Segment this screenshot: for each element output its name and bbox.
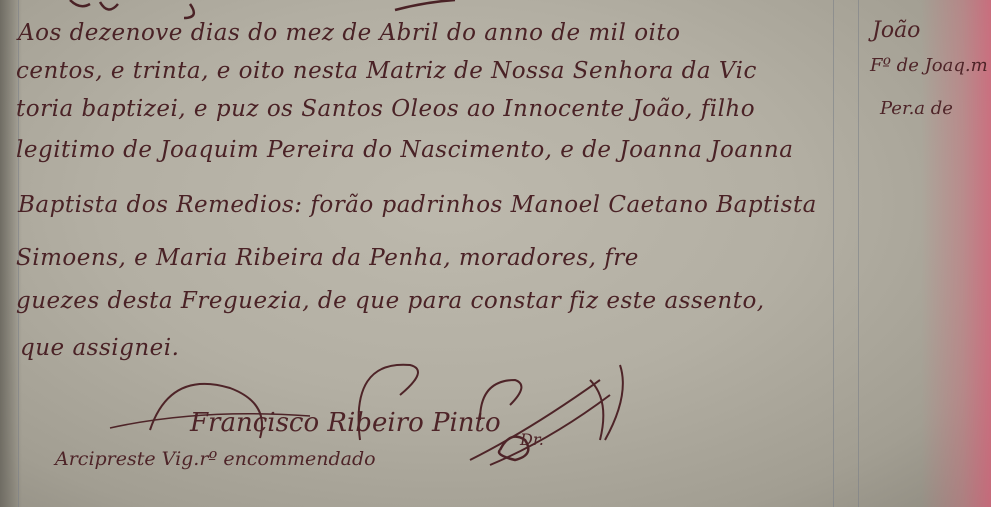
signature-rubric: Dr. [520, 430, 544, 449]
document-page: Aos dezenove dias do mez de Abril do ann… [0, 0, 991, 507]
officiant-signature: Francisco Ribeiro Pinto [190, 408, 501, 438]
officiant-first-name: Francisco Ribeiro Pinto [190, 408, 501, 438]
officiant-title: Arcipreste Vig.rº encommendado [55, 448, 376, 470]
